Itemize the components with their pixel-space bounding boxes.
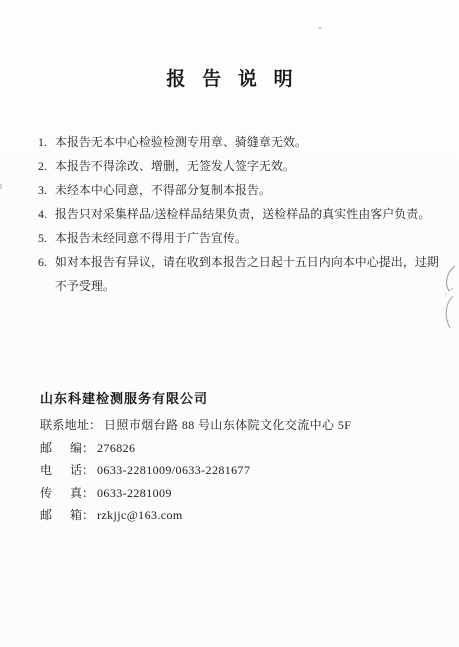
contact-label: 电话	[40, 459, 82, 482]
note-text: 本报告无本中心检验检测专用章、骑缝章无效。	[55, 130, 447, 154]
note-text: 报告只对采集样品/送检样品结果负责，送检样品的真实性由客户负责。	[55, 202, 447, 226]
contact-colon: ：	[89, 414, 101, 437]
scan-edge-mark	[0, 184, 2, 189]
contact-label: 邮编	[40, 437, 82, 460]
contact-colon: ：	[82, 437, 94, 460]
contact-label: 传真	[40, 482, 82, 505]
contact-label: 联系地址	[40, 414, 89, 437]
contact-colon: ：	[82, 504, 94, 527]
contact-row-address: 联系地址：日照市烟台路 88 号山东体院文化交流中心 5F	[40, 414, 351, 437]
note-text: 本报告不得涂改、增删，无签发人签字无效。	[55, 154, 447, 178]
note-text: 如对本报告有异议，请在收到本报告之日起十五日内向本中心提出，过期不予受理。	[55, 250, 447, 298]
contact-value: 0633-2281009	[97, 482, 172, 505]
contact-value: rzkjjc@163.com	[97, 504, 183, 527]
contact-value: 0633-2281009/0633-2281677	[97, 459, 250, 482]
company-block: 山东科建检测服务有限公司 联系地址：日照市烟台路 88 号山东体院文化交流中心 …	[40, 390, 351, 527]
note-item-2: 2. 本报告不得涂改、增删，无签发人签字无效。	[38, 154, 447, 178]
contact-row-email: 邮箱：rzkjjc@163.com	[40, 504, 351, 527]
note-text: 本报告未经同意不得用于广告宣传。	[55, 226, 447, 250]
note-number: 3.	[38, 178, 55, 202]
note-item-3: 3. 未经本中心同意，不得部分复制本报告。	[38, 178, 447, 202]
note-item-5: 5. 本报告未经同意不得用于广告宣传。	[38, 226, 447, 250]
note-item-6: 6. 如对本报告有异议，请在收到本报告之日起十五日内向本中心提出，过期不予受理。	[38, 250, 447, 298]
page-title: 报 告 说 明	[0, 64, 459, 91]
note-number: 5.	[38, 226, 55, 250]
note-item-4: 4. 报告只对采集样品/送检样品结果负责，送检样品的真实性由客户负责。	[38, 202, 447, 226]
contact-value: 276826	[97, 437, 135, 460]
company-name: 山东科建检测服务有限公司	[40, 390, 351, 408]
contact-row-zipcode: 邮编：276826	[40, 437, 351, 460]
notes-list: 1. 本报告无本中心检验检测专用章、骑缝章无效。 2. 本报告不得涂改、增删，无…	[38, 130, 447, 298]
contact-label: 邮箱	[40, 504, 82, 527]
note-number: 4.	[38, 202, 55, 226]
note-text: 未经本中心同意，不得部分复制本报告。	[55, 178, 447, 202]
contact-row-phone: 电话：0633-2281009/0633-2281677	[40, 459, 351, 482]
contact-colon: ：	[82, 459, 94, 482]
note-number: 6.	[38, 250, 55, 274]
contact-value: 日照市烟台路 88 号山东体院文化交流中心 5F	[104, 414, 351, 437]
contact-row-fax: 传真：0633-2281009	[40, 482, 351, 505]
contact-colon: ：	[82, 482, 94, 505]
scan-crease-artifact	[419, 258, 459, 340]
note-number: 1.	[38, 130, 55, 154]
note-number: 2.	[38, 154, 55, 178]
note-item-1: 1. 本报告无本中心检验检测专用章、骑缝章无效。	[38, 130, 447, 154]
report-notes-page: 报 告 说 明 1. 本报告无本中心检验检测专用章、骑缝章无效。 2. 本报告不…	[0, 0, 459, 647]
scan-speck	[318, 27, 322, 29]
